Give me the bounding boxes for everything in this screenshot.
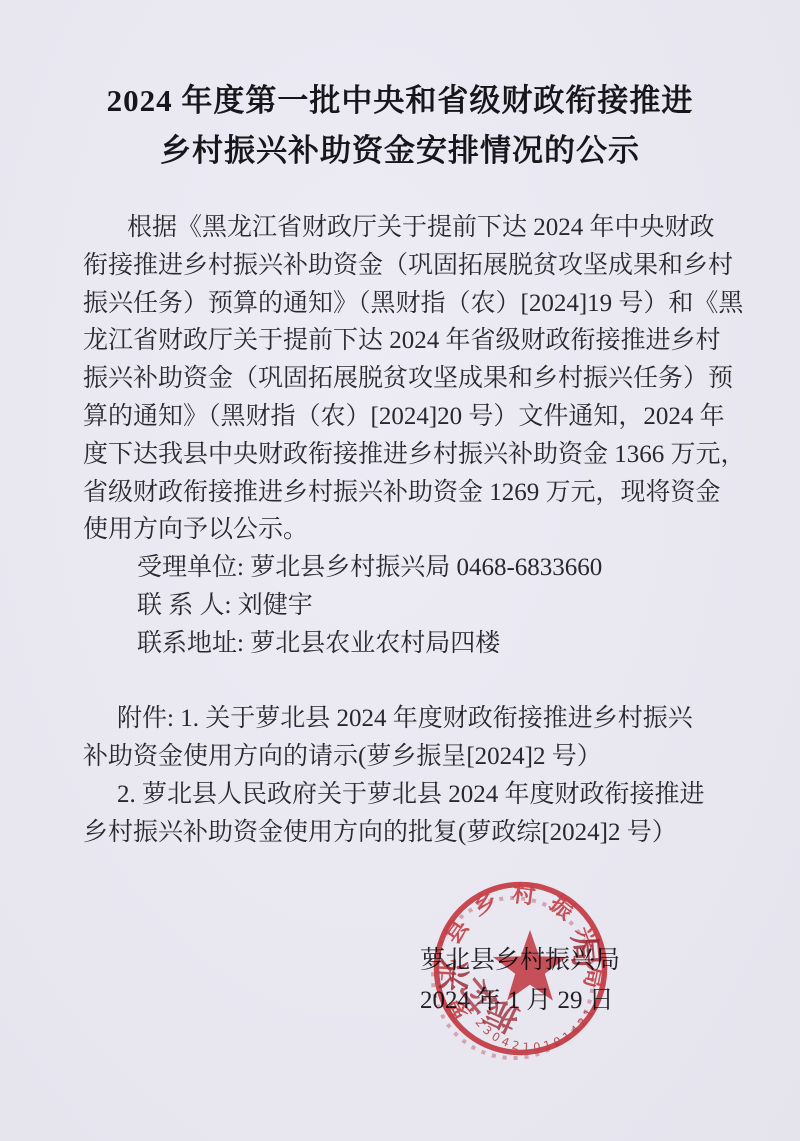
paragraph-line: 根据《黑龙江省财政厅关于提前下达 2024 年中央财政 [83, 209, 740, 247]
title-line-1: 2024 年度第一批中央和省级财政衔接推进 [40, 76, 760, 126]
document-body: 根据《黑龙江省财政厅关于提前下达 2024 年中央财政衔接推进乡村振兴补助资金（… [83, 209, 740, 852]
contact-line: 联 系 人: 刘健宇 [83, 587, 740, 625]
announcement-paragraph: 根据《黑龙江省财政厅关于提前下达 2024 年中央财政衔接推进乡村振兴补助资金（… [83, 209, 740, 549]
paragraph-line: 振兴补助资金（巩固拓展脱贫攻坚成果和乡村振兴任务）预 [83, 360, 740, 398]
signature-block: 萝北县乡村振兴局 2024 年 1 月 29 日 [420, 941, 800, 1021]
attachment-line: 附件: 1. 关于萝北县 2024 年度财政衔接推进乡村振兴 [83, 700, 740, 738]
paragraph-line: 省级财政衔接推进乡村振兴补助资金 1269 万元，现将资金 [83, 474, 740, 512]
signature-date: 2024 年 1 月 29 日 [420, 981, 800, 1021]
contact-line: 受理单位: 萝北县乡村振兴局 0468-6833660 [83, 549, 740, 587]
attachment-list: 附件: 1. 关于萝北县 2024 年度财政衔接推进乡村振兴补助资金使用方向的请… [83, 700, 740, 851]
attachment-line: 补助资金使用方向的请示(萝乡振呈[2024]2 号） [83, 738, 740, 776]
contact-info-block: 受理单位: 萝北县乡村振兴局 0468-6833660联 系 人: 刘健宇联系地… [83, 549, 740, 662]
paragraph-line: 衔接推进乡村振兴补助资金（巩固拓展脱贫攻坚成果和乡村 [83, 247, 740, 285]
paragraph-line: 度下达我县中央财政衔接推进乡村振兴补助资金 1366 万元， [83, 436, 740, 474]
paragraph-line: 振兴任务）预算的通知》（黑财指（农）[2024]19 号）和《黑 [83, 285, 740, 323]
signature-org: 萝北县乡村振兴局 [420, 941, 800, 981]
attachment-line: 乡村振兴补助资金使用方向的批复(萝政综[2024]2 号） [83, 814, 740, 852]
contact-line: 联系地址: 萝北县农业农村局四楼 [83, 625, 740, 663]
scanned-document-page: 2024 年度第一批中央和省级财政衔接推进 乡村振兴补助资金安排情况的公示 根据… [0, 0, 800, 1141]
document-title: 2024 年度第一批中央和省级财政衔接推进 乡村振兴补助资金安排情况的公示 [40, 76, 760, 176]
paragraph-line: 算的通知》（黑财指（农）[2024]20 号）文件通知，2024 年 [83, 398, 740, 436]
paragraph-line: 龙江省财政厅关于提前下达 2024 年省级财政衔接推进乡村 [83, 322, 740, 360]
title-line-2: 乡村振兴补助资金安排情况的公示 [40, 126, 760, 176]
attachment-line: 2. 萝北县人民政府关于萝北县 2024 年度财政衔接推进 [83, 776, 740, 814]
paragraph-line: 使用方向予以公示。 [83, 511, 740, 549]
